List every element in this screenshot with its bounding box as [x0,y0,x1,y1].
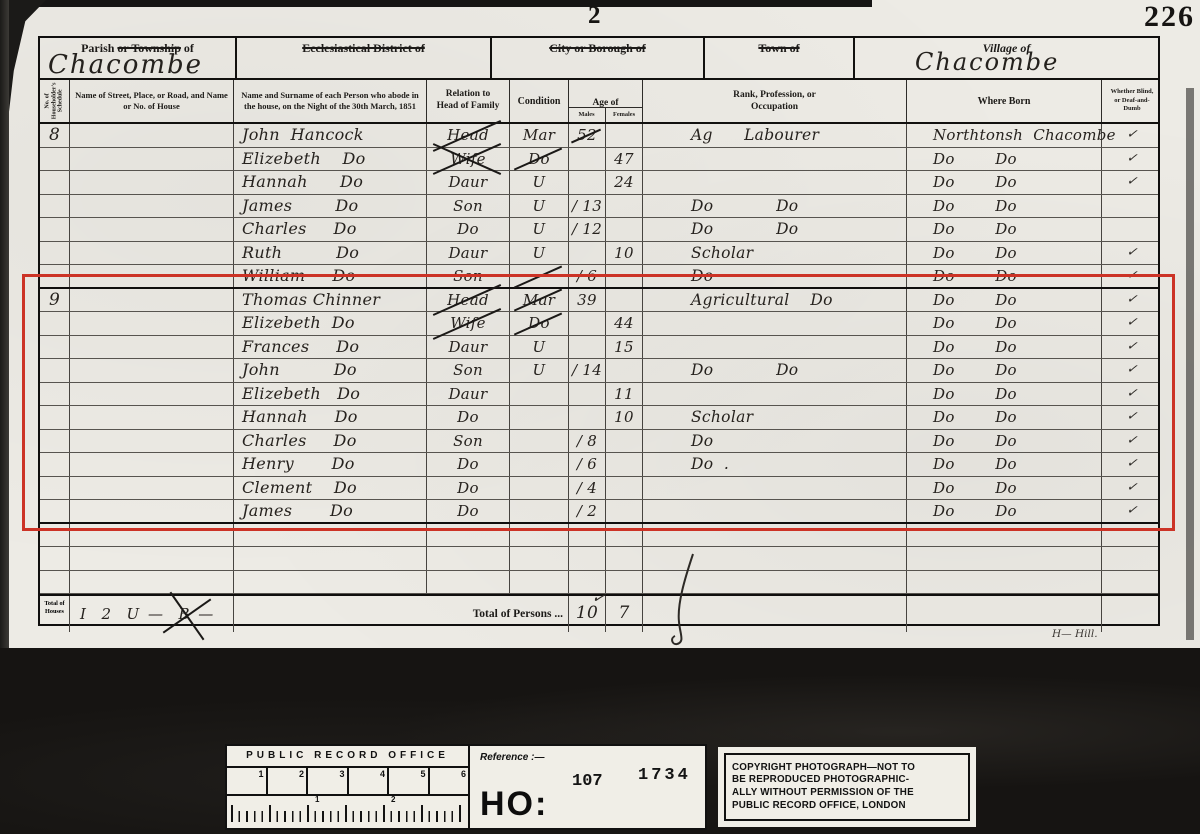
inch-scale: 1 2 3 4 5 6 [227,768,468,796]
inch-mark: 5 [389,768,430,794]
district-header-band: Parish or Township of Chacombe Ecclesias… [40,38,1158,80]
condition-cell: U [510,195,569,218]
name-cell: Ruth Do [234,242,427,265]
copyright-line: ALLY WITHOUT PERMISSION OF THE [732,787,962,800]
occupation-cell: Ag Labourer [643,124,907,147]
street-cell [70,171,234,194]
col-header-males: Males [569,108,606,122]
occupation-cell [643,171,907,194]
inch-mark: 1 [227,768,268,794]
reference-class: 107 [572,772,603,791]
relation-cell: Daur [427,242,510,265]
reference-label: Reference :— [480,752,544,763]
inch-mark: 2 [268,768,309,794]
age-male-cell [569,242,606,265]
photo-backing-band: PUBLIC RECORD OFFICE 1 2 3 4 5 6 1 2 Ref… [0,648,1200,834]
reference-piece: 1734 [638,766,691,785]
age-male-cell: / 12 [569,218,606,241]
ruler-box: PUBLIC RECORD OFFICE 1 2 3 4 5 6 1 2 [227,746,470,828]
copyright-plaque: COPYRIGHT PHOTOGRAPH—NOT TO BE REPRODUCE… [718,747,976,827]
relation-cell: Wife [427,148,510,171]
person-row: 8 John Hancock Head Mar 52 Ag Labourer N… [40,124,1158,148]
relation-cell: Son [427,195,510,218]
page-number: 2 [588,2,602,30]
col-header-name: Name and Surname of each Person who abod… [234,80,427,122]
age-subheader: Males Females [569,107,643,122]
age-female-cell: 47 [606,148,643,171]
born-cell: Do Do [907,195,1102,218]
age-male-cell [569,171,606,194]
cm-mark: 2 [391,795,395,804]
age-male-cell: 52 [569,124,606,147]
examiner-signature: H— Hill. [1052,628,1098,640]
name-cell: Elizebeth Do [234,148,427,171]
street-cell [70,195,234,218]
age-female-cell [606,195,643,218]
relation-cell: Do [427,218,510,241]
age-female-cell [606,124,643,147]
parish-cell: Parish or Township of Chacombe [40,38,237,78]
person-row: Elizebeth Do Wife Do 47 Do Do ✓ [40,148,1158,172]
col-header-schedule: No. of Householder's Schedule [40,80,70,122]
copyright-notice: COPYRIGHT PHOTOGRAPH—NOT TO BE REPRODUCE… [724,753,970,821]
born-cell: Do Do [907,218,1102,241]
occupation-cell: Do Do [643,218,907,241]
village-value-handwritten: Chacombe [915,48,1059,76]
name-cell: Charles Do [234,218,427,241]
empty-row [40,547,1158,571]
person-row: Charles Do Do U / 12 Do Do Do Do [40,218,1158,242]
film-edge-left [0,0,9,650]
pen-flourish [655,552,715,648]
folio-number: 226 [1144,0,1195,34]
ecclesiastical-cell: Ecclesiastical District of [237,38,492,78]
schedule-cell [40,218,70,241]
highlight-rectangle [22,274,1175,531]
town-cell: Town of [705,38,855,78]
condition-cell: U [510,171,569,194]
film-edge-right [1186,88,1194,640]
cm-scale: 1 2 [227,796,468,828]
occupation-cell [643,148,907,171]
inch-mark: 3 [308,768,349,794]
age-female-cell: 24 [606,171,643,194]
reference-box: Reference :— HO: 107 1734 [470,746,705,828]
col-header-females: Females [606,108,643,122]
age-female-cell: 10 [606,242,643,265]
col-header-occupation: Rank, Profession, or Occupation [643,80,907,122]
born-cell: Do Do [907,242,1102,265]
pro-stamp-plaque: PUBLIC RECORD OFFICE 1 2 3 4 5 6 1 2 Ref… [225,744,707,830]
person-row: Ruth Do Daur U 10 Scholar Do Do ✓ [40,242,1158,266]
column-header-band: No. of Householder's Schedule Name of St… [40,80,1158,124]
schedule-cell [40,148,70,171]
col-header-condition: Condition [510,80,569,122]
film-edge-top [0,0,872,7]
occupation-cell: Scholar [643,242,907,265]
copyright-line: BE REPRODUCED PHOTOGRAPHIC- [732,774,962,787]
total-persons-label: Total of Persons ... [234,596,569,632]
reference-series: HO: [480,785,548,824]
ecclesiastical-label: Ecclesiastical District of [302,41,425,55]
age-male-cell [569,148,606,171]
city-borough-label: City or Borough of [549,41,646,55]
schedule-cell [40,171,70,194]
relation-cell: Daur [427,171,510,194]
total-houses-value: I 2 U — B — [70,596,234,632]
name-cell: James Do [234,195,427,218]
inch-mark: 4 [349,768,390,794]
copyright-line: COPYRIGHT PHOTOGRAPH—NOT TO [732,762,962,775]
condition-cell: U [510,218,569,241]
pro-office-title: PUBLIC RECORD OFFICE [227,746,468,768]
col-header-age: Age of Males Females [569,80,643,122]
schedule-cell: 8 [40,124,70,147]
city-borough-cell: City or Borough of [492,38,705,78]
schedule-cell [40,242,70,265]
born-cell: Do Do [907,171,1102,194]
person-row: Hannah Do Daur U 24 Do Do ✓ [40,171,1158,195]
inch-mark: 6 [430,768,469,794]
schedule-cell [40,195,70,218]
col-header-blind: Whether Blind, or Deaf-and-Dumb [1102,80,1162,122]
village-cell: Village of Chacombe [855,38,1158,78]
age-male-cell: / 13 [569,195,606,218]
col-header-street: Name of Street, Place, or Road, and Name… [70,80,234,122]
col-header-born: Where Born [907,80,1102,122]
born-cell: Do Do [907,148,1102,171]
street-cell [70,148,234,171]
col-header-relation: Relation to Head of Family [427,80,510,122]
condition-cell: U [510,242,569,265]
person-row: James Do Son U / 13 Do Do Do Do [40,195,1158,219]
condition-cell: Do [510,148,569,171]
street-cell [70,124,234,147]
total-females: 7 [606,596,643,632]
copyright-line: PUBLIC RECORD OFFICE, LONDON [732,800,962,813]
parish-value-handwritten: Chacombe [48,50,203,80]
street-cell [70,218,234,241]
census-page-scan: 2 226 Parish or Township of Chacombe Ecc… [0,0,1200,650]
born-cell: Northtonsh Chacombe [907,124,1102,147]
name-cell: Hannah Do [234,171,427,194]
name-cell: John Hancock [234,124,427,147]
street-cell [70,242,234,265]
condition-cell: Mar [510,124,569,147]
total-houses-label: Total of Houses [40,596,70,632]
age-female-cell [606,218,643,241]
cm-mark: 1 [315,795,319,804]
town-label: Town of [758,41,799,55]
occupation-cell: Do Do [643,195,907,218]
